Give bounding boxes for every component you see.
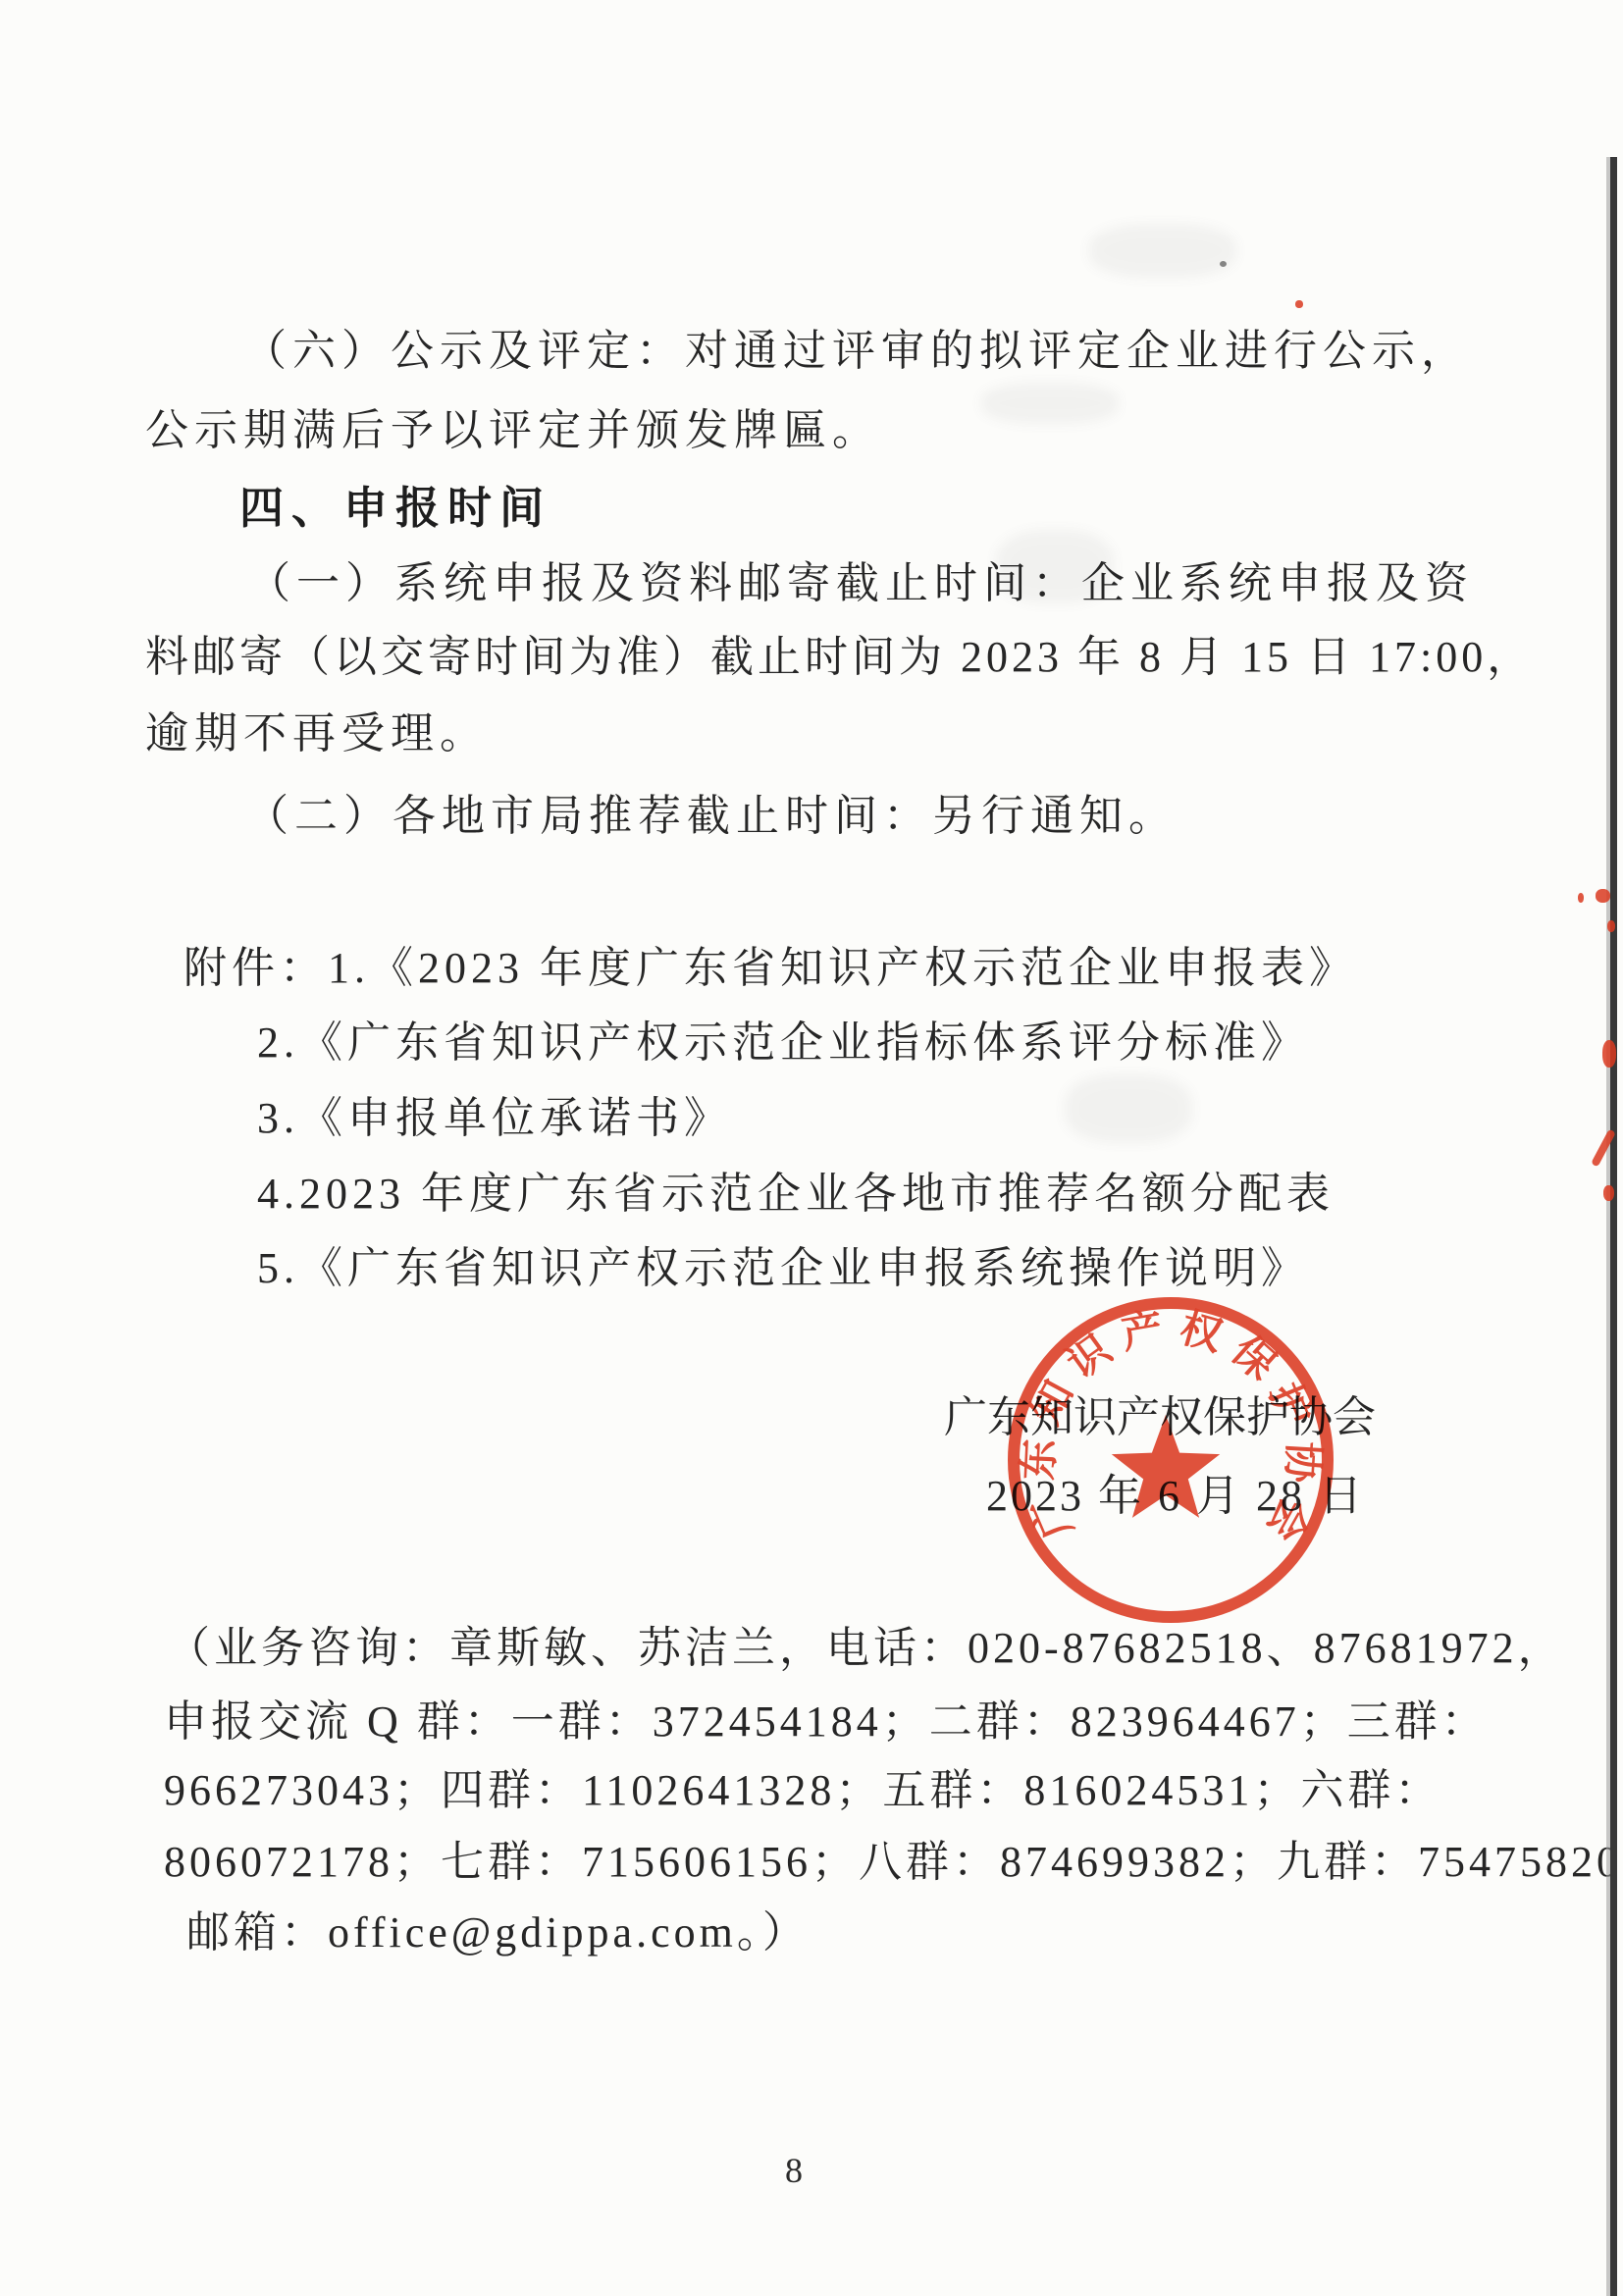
bleedthrough-smudge bbox=[1089, 224, 1236, 278]
attachment-line-4: 4.2023 年度广东省示范企业各地市推荐名额分配表 bbox=[257, 1170, 1335, 1220]
paragraph-4-1-line-3: 逾期不再受理。 bbox=[145, 709, 489, 759]
contact-line-1: （业务咨询：章斯敏、苏洁兰，电话：020-87682518、87681972， bbox=[167, 1624, 1565, 1674]
attachment-line-3: 3.《申报单位承诺书》 bbox=[257, 1094, 732, 1144]
red-ink-speck bbox=[1602, 1040, 1616, 1068]
attachment-line-5: 5.《广东省知识产权示范企业申报系统操作说明》 bbox=[257, 1244, 1309, 1294]
seal-star-icon bbox=[1112, 1415, 1220, 1518]
gray-speck bbox=[1220, 261, 1227, 267]
red-ink-speck bbox=[1578, 893, 1584, 903]
official-seal: 广东知识产权保护协会 bbox=[998, 1287, 1343, 1633]
paragraph-6-line-1: （六）公示及评定：对通过评审的拟评定企业进行公示， bbox=[243, 327, 1470, 377]
bleedthrough-smudge bbox=[981, 383, 1119, 424]
paragraph-6-line-2: 公示期满后予以评定并颁发牌匾。 bbox=[145, 406, 881, 456]
attachment-line-1: 附件：1.《2023 年度广东省知识产权示范企业申报表》 bbox=[183, 944, 1357, 994]
paragraph-4-1-line-2: 料邮寄（以交寄时间为准）截止时间为 2023 年 8 月 15 日 17:00， bbox=[145, 633, 1534, 683]
red-ink-speck bbox=[1295, 300, 1303, 308]
contact-line-5: 邮箱：office@gdippa.com。） bbox=[186, 1908, 810, 1958]
red-ink-speck bbox=[1607, 920, 1615, 932]
contact-line-4: 806072178；七群：715606156；八群：874699382；九群：7… bbox=[164, 1838, 1623, 1888]
contact-line-2: 申报交流 Q 群：一群：372454184；二群：823964467；三群： bbox=[164, 1697, 1489, 1748]
red-ink-speck bbox=[1596, 889, 1610, 903]
red-ink-speck bbox=[1603, 1185, 1614, 1201]
seal-graphic: 广东知识产权保护协会 bbox=[998, 1287, 1343, 1633]
page-number: 8 bbox=[785, 2151, 803, 2191]
document-page: （六）公示及评定：对通过评审的拟评定企业进行公示， 公示期满后予以评定并颁发牌匾… bbox=[0, 0, 1623, 2296]
contact-line-3: 966273043；四群：1102641328；五群：816024531；六群： bbox=[164, 1766, 1441, 1816]
bleedthrough-smudge bbox=[1065, 1074, 1192, 1143]
section-heading-4: 四、申报时间 bbox=[239, 483, 551, 534]
scan-edge-line bbox=[1610, 157, 1617, 2296]
attachment-line-2: 2.《广东省知识产权示范企业指标体系评分标准》 bbox=[257, 1018, 1309, 1069]
paragraph-4-2-line-1: （二）各地市局推荐截止时间：另行通知。 bbox=[245, 792, 1178, 842]
paragraph-4-1-line-1: （一）系统申报及资料邮寄截止时间：企业系统申报及资 bbox=[247, 559, 1474, 609]
